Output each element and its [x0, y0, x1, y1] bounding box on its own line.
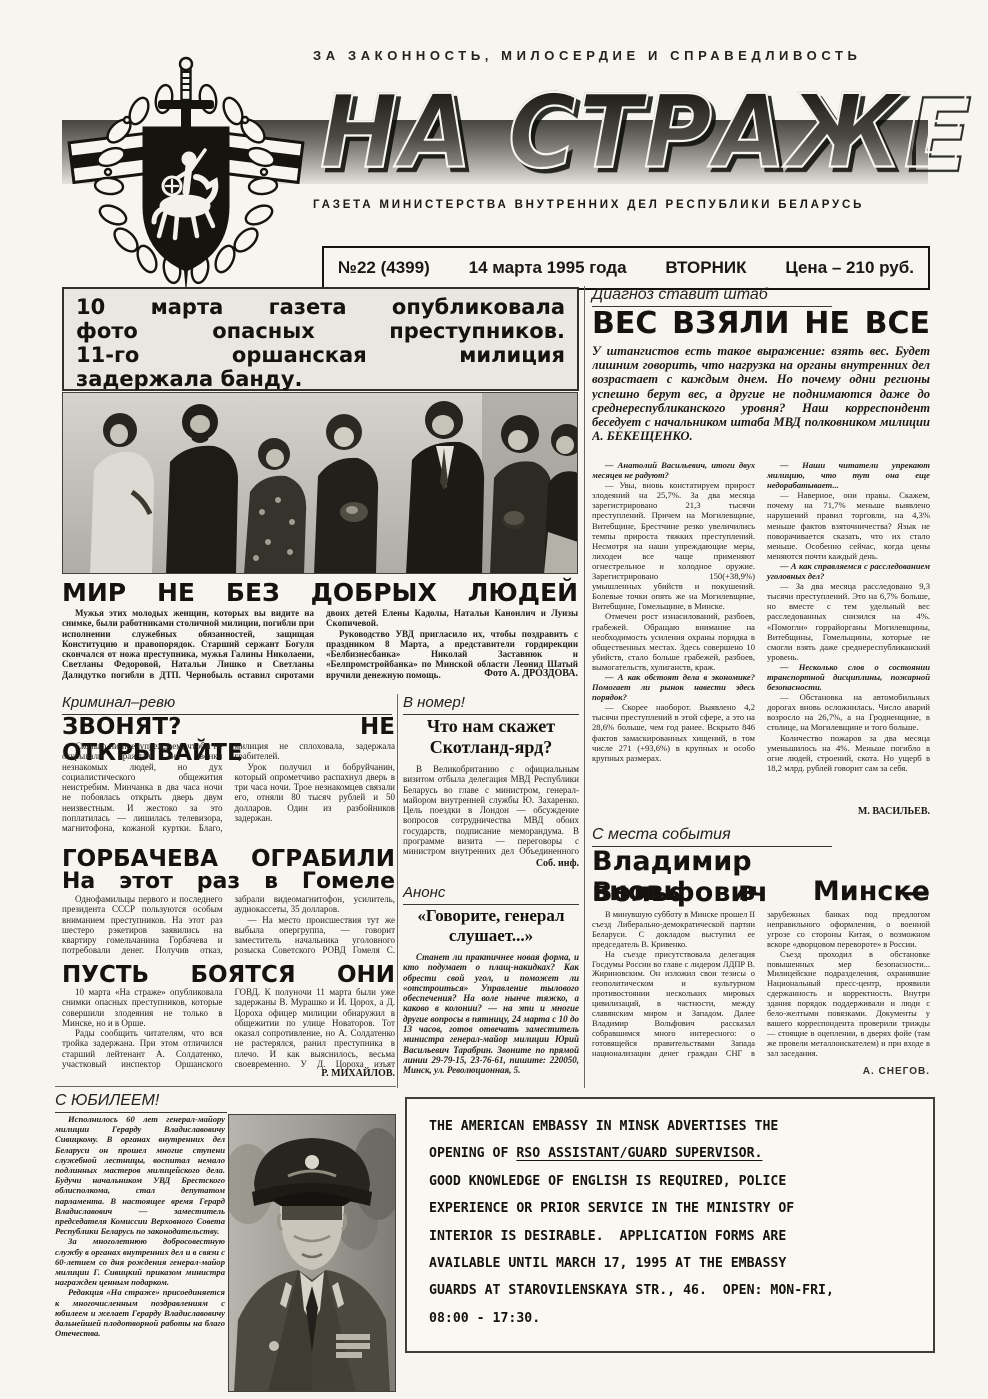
kicker-jubilee: С ЮБИЛЕЕМ! — [55, 1092, 227, 1113]
front-lead-box: 10 марта газета опубликовалафото опасных… — [62, 287, 579, 391]
masthead-tagline: ЗА ЗАКОННОСТЬ, МИЛОСЕРДИЕ И СПРАВЕДЛИВОС… — [313, 48, 903, 63]
kicker-v-nomer: В номер! — [403, 694, 579, 715]
jubilee-portrait-photo — [228, 1114, 396, 1392]
issue-number: №22 (4399) — [338, 258, 430, 278]
photo-credit: Фото А. ДРОЗДОВА. — [400, 668, 578, 679]
masthead-subtitle: ГАЗЕТА МИНИСТЕРСТВА ВНУТРЕННИХ ДЕЛ РЕСПУ… — [313, 199, 864, 211]
column-rule — [584, 286, 585, 1088]
kicker-diagnoz: Диагноз ставит штаб — [592, 286, 832, 307]
pust-headline: ПУСТЬ БОЯТСЯ ОНИ — [62, 962, 395, 988]
column-rule — [397, 694, 398, 1088]
zhirinovsky-byline: А. СНЕГОВ. — [760, 1066, 930, 1077]
ad-underlined-position: RSO ASSISTANT/GUARD SUPERVISOR. — [516, 1146, 762, 1161]
ves-lead: У штангистов есть такое выражение: взять… — [592, 344, 930, 456]
anons-headline: «Говорите, генерал слушает...» — [403, 906, 579, 946]
anons-body: Станет ли практичнее новая форма, и кто … — [403, 952, 579, 1088]
jubilee-body: Исполнилось 60 лет генерал-майору милици… — [55, 1114, 225, 1396]
mvd-emblem-icon — [66, 56, 306, 296]
issue-price: Цена – 210 руб. — [785, 258, 914, 278]
issue-date: 14 марта 1995 года — [469, 258, 627, 278]
kicker-anons: Анонс — [403, 884, 579, 905]
newspaper-front-page: ЗА ЗАКОННОСТЬ, МИЛОСЕРДИЕ И СПРАВЕДЛИВОС… — [0, 0, 988, 1399]
group-photo — [62, 392, 578, 574]
ves-interview-body: — Анатолий Васильевич, итоги двух месяце… — [592, 460, 930, 806]
section-rule — [55, 1086, 396, 1087]
issue-weekday: ВТОРНИК — [665, 258, 746, 278]
embassy-ad: THE AMERICAN EMBASSY IN MINSK ADVERTISES… — [405, 1097, 935, 1353]
photo-story-headline: МИР НЕ БЕЗ ДОБРЫХ ЛЮДЕЙ — [62, 578, 578, 607]
scotland-byline: Соб. инф. — [403, 858, 579, 869]
zhirinovsky-headline-2: вновь в Минске — [592, 876, 930, 907]
gorbachev-headline-2: На этот раз в Гомеле — [62, 869, 395, 894]
zhirinovsky-body: В минувшую субботу в Минске прошел II съ… — [592, 910, 930, 1066]
pust-byline: Р. МИХАЙЛОВ. — [230, 1068, 395, 1079]
zvonyat-body: Сколько ни предупреждаем, чтобы не откры… — [62, 741, 395, 844]
issue-info-bar: №22 (4399) 14 марта 1995 года ВТОРНИК Це… — [322, 246, 930, 290]
ves-headline: ВЕС ВЗЯЛИ НЕ ВСЕ — [592, 306, 930, 341]
ad-text-after: GOOD KNOWLEDGE OF ENGLISH IS REQUIRED, P… — [429, 1174, 834, 1326]
pust-body: 10 марта «На страже» опубликовала снимки… — [62, 987, 395, 1071]
pahonia-shield — [144, 128, 228, 270]
ves-byline: М. ВАСИЛЬЕВ. — [760, 806, 930, 817]
kicker-criminal-revue: Криминал–ревю — [62, 694, 392, 715]
kicker-s-mesta: С места события — [592, 826, 832, 847]
scotland-headline: Что нам скажет Скотланд-ярд? — [403, 716, 579, 758]
newspaper-title: НА СТРАЖЕ — [320, 82, 912, 182]
gorbachev-body: Однофамильцы первого и последнего презид… — [62, 894, 395, 962]
scotland-body: В Великобританию с официальным визитом о… — [403, 764, 579, 858]
